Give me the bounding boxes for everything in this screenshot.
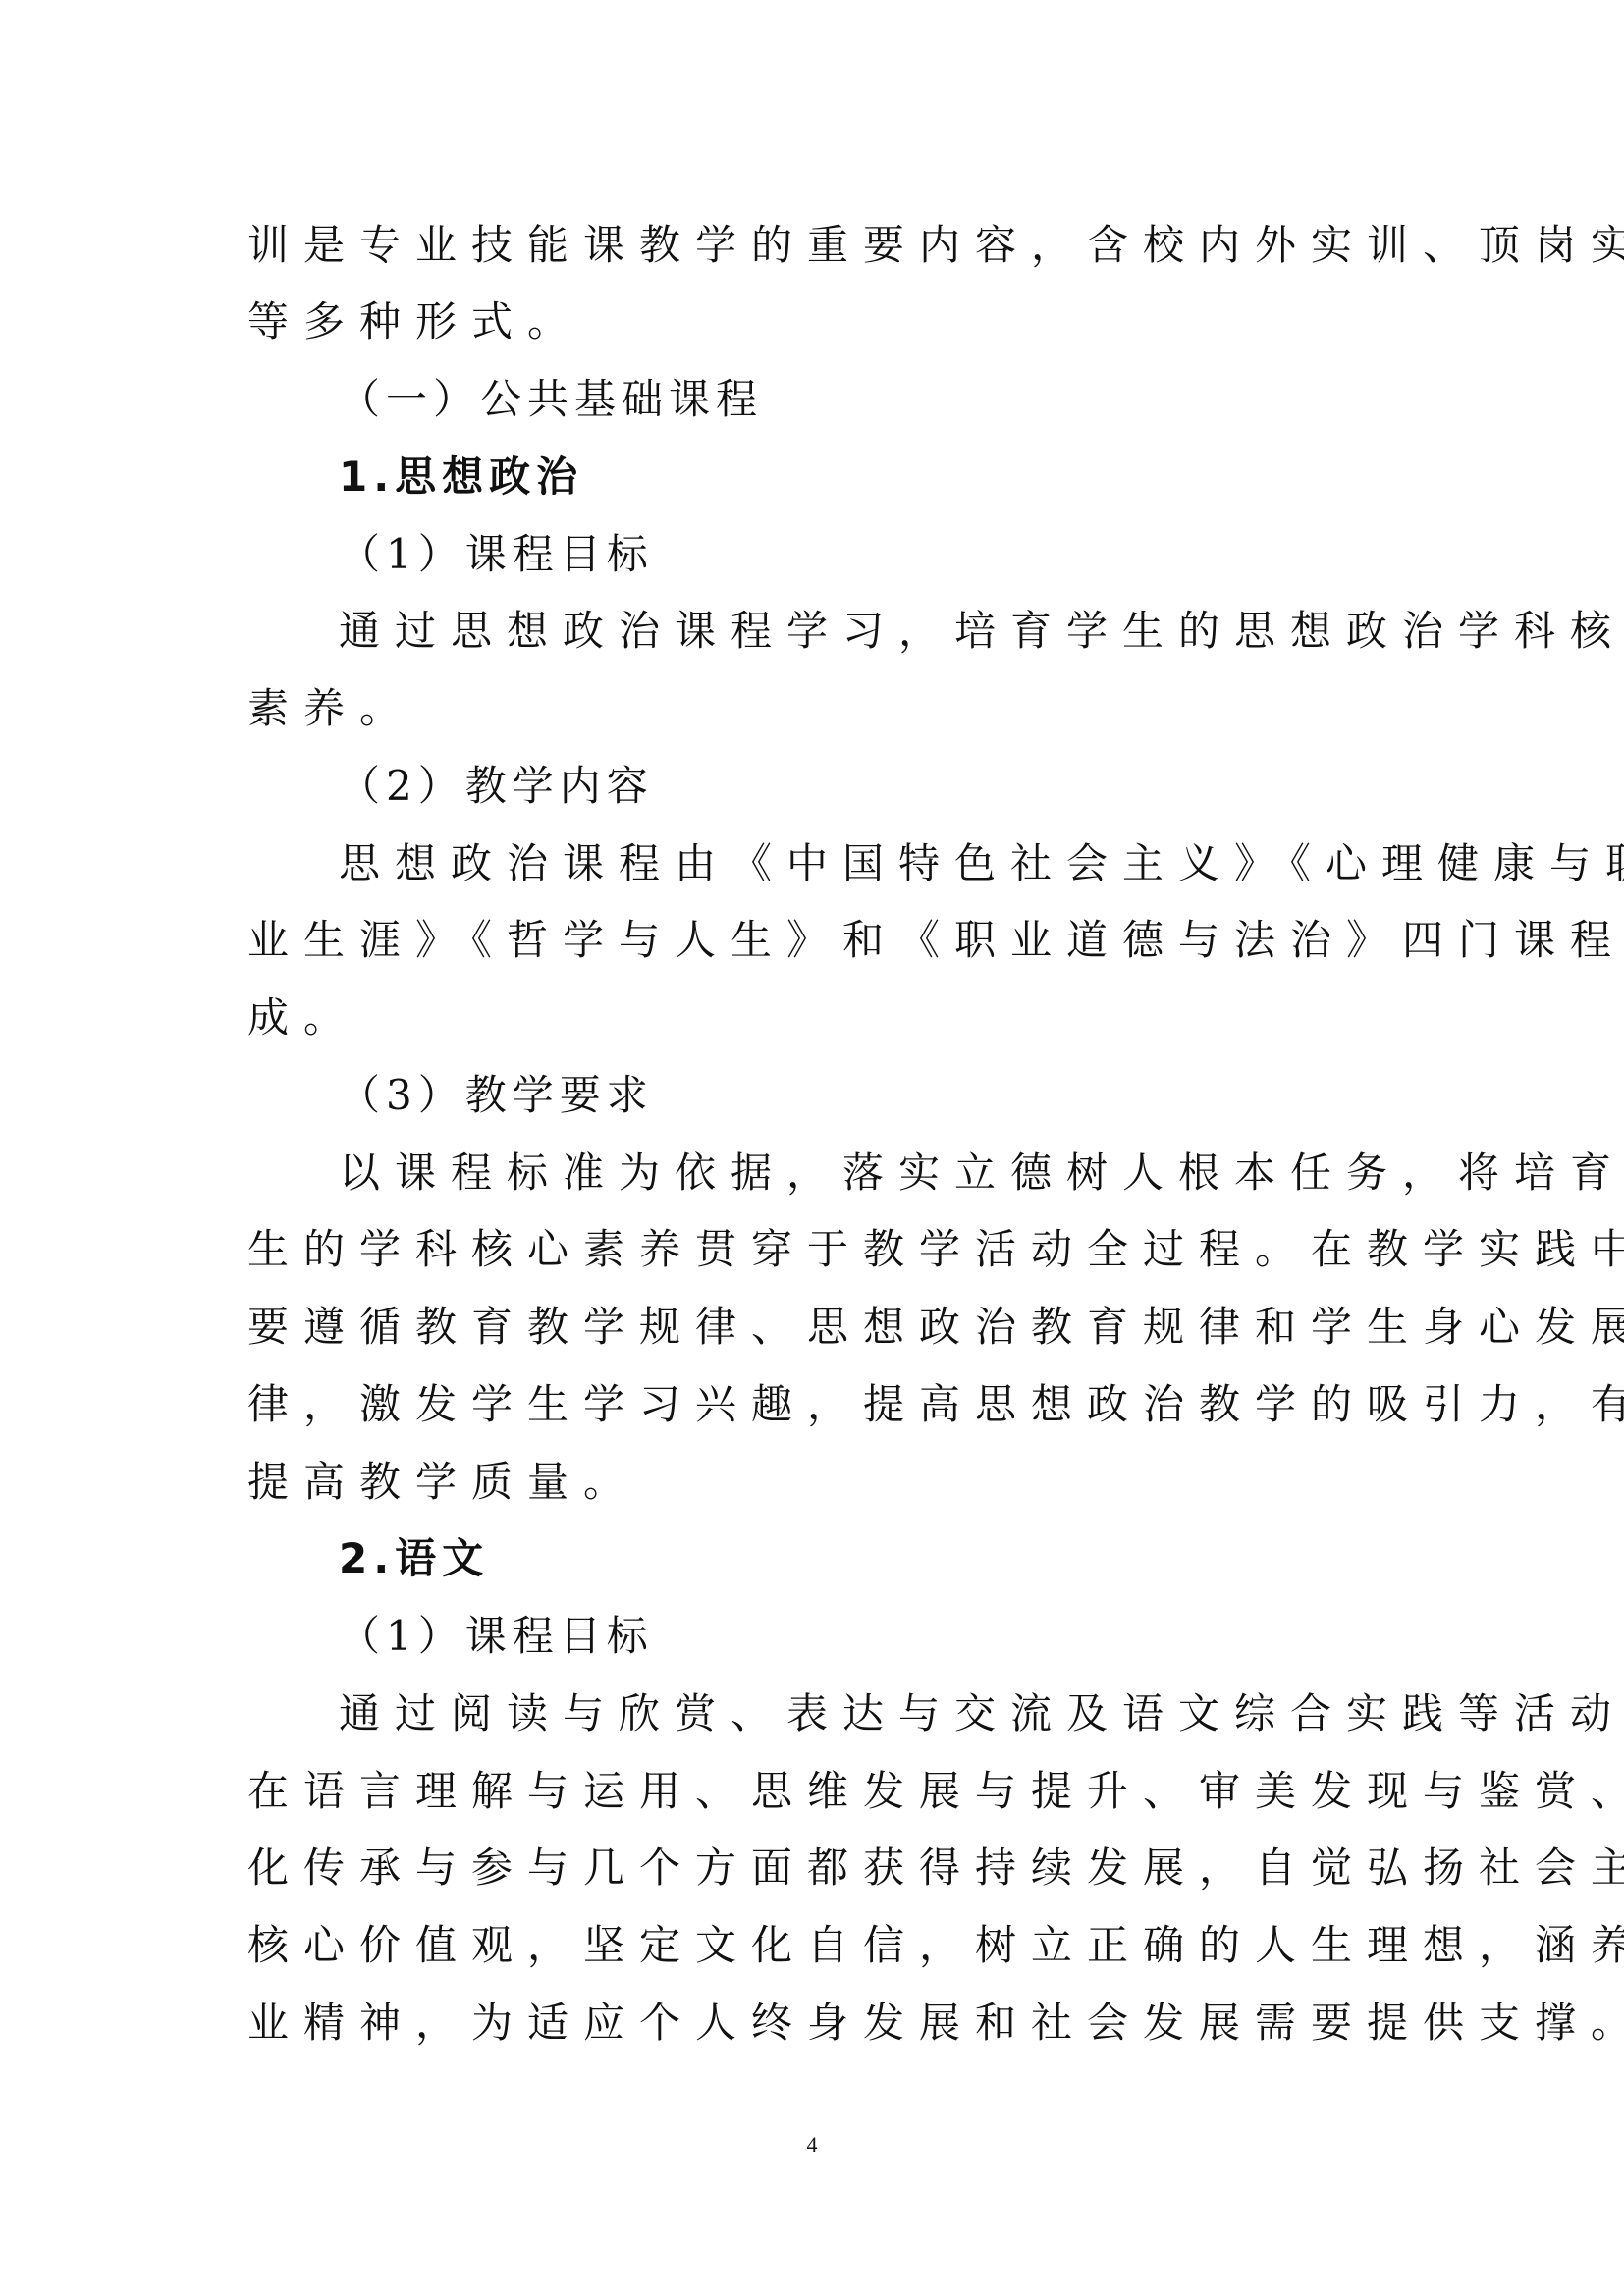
paragraph-line: 以课程标准为依据，落实立德树人根本任务，将培育学 [339,1144,1478,1202]
paragraph-line: 思想政治课程由《中国特色社会主义》《心理健康与职 [339,834,1478,893]
paragraph-line: 提高教学质量。 [247,1453,1386,1512]
paragraph-line: 律，激发学生学习兴趣，提高思想政治教学的吸引力，有效 [247,1375,1386,1434]
paragraph-line: 素养。 [247,679,1386,738]
paragraph-line: 业精神，为适应个人终身发展和社会发展需要提供支撑。 [247,1994,1386,2053]
section-heading: 2.语文 [339,1529,1478,1588]
paragraph-line: 成。 [247,988,1386,1047]
paragraph-line: 化传承与参与几个方面都获得持续发展，自觉弘扬社会主义 [247,1839,1386,1897]
section-heading: 1.思想政治 [339,448,1478,507]
paragraph-line: 等多种形式。 [247,293,1386,351]
subsection-heading: （一）公共基础课程 [339,370,1478,429]
subsection-heading: （3）教学要求 [339,1066,1478,1125]
document-page: 训是专业技能课教学的重要内容，含校内外实训、顶岗实习等多种形式。（一）公共基础课… [0,0,1624,2296]
paragraph-line: 要遵循教育教学规律、思想政治教育规律和学生身心发展规 [247,1298,1386,1357]
paragraph-line: 核心价值观，坚定文化自信，树立正确的人生理想，涵养职 [247,1916,1386,1975]
subsection-heading: （1）课程目标 [339,525,1478,584]
subsection-heading: （1）课程目标 [339,1607,1478,1666]
paragraph-line: 训是专业技能课教学的重要内容，含校内外实训、顶岗实习 [247,216,1386,275]
page-number: 4 [0,2132,1624,2158]
subsection-heading: （2）教学内容 [339,757,1478,816]
paragraph-line: 通过阅读与欣赏、表达与交流及语文综合实践等活动， [339,1684,1478,1743]
paragraph-line: 业生涯》《哲学与人生》和《职业道德与法治》四门课程构 [247,911,1386,970]
paragraph-line: 通过思想政治课程学习，培育学生的思想政治学科核心 [339,602,1478,661]
paragraph-line: 生的学科核心素养贯穿于教学活动全过程。在教学实践中， [247,1220,1386,1279]
paragraph-line: 在语言理解与运用、思维发展与提升、审美发现与鉴赏、文 [247,1762,1386,1821]
